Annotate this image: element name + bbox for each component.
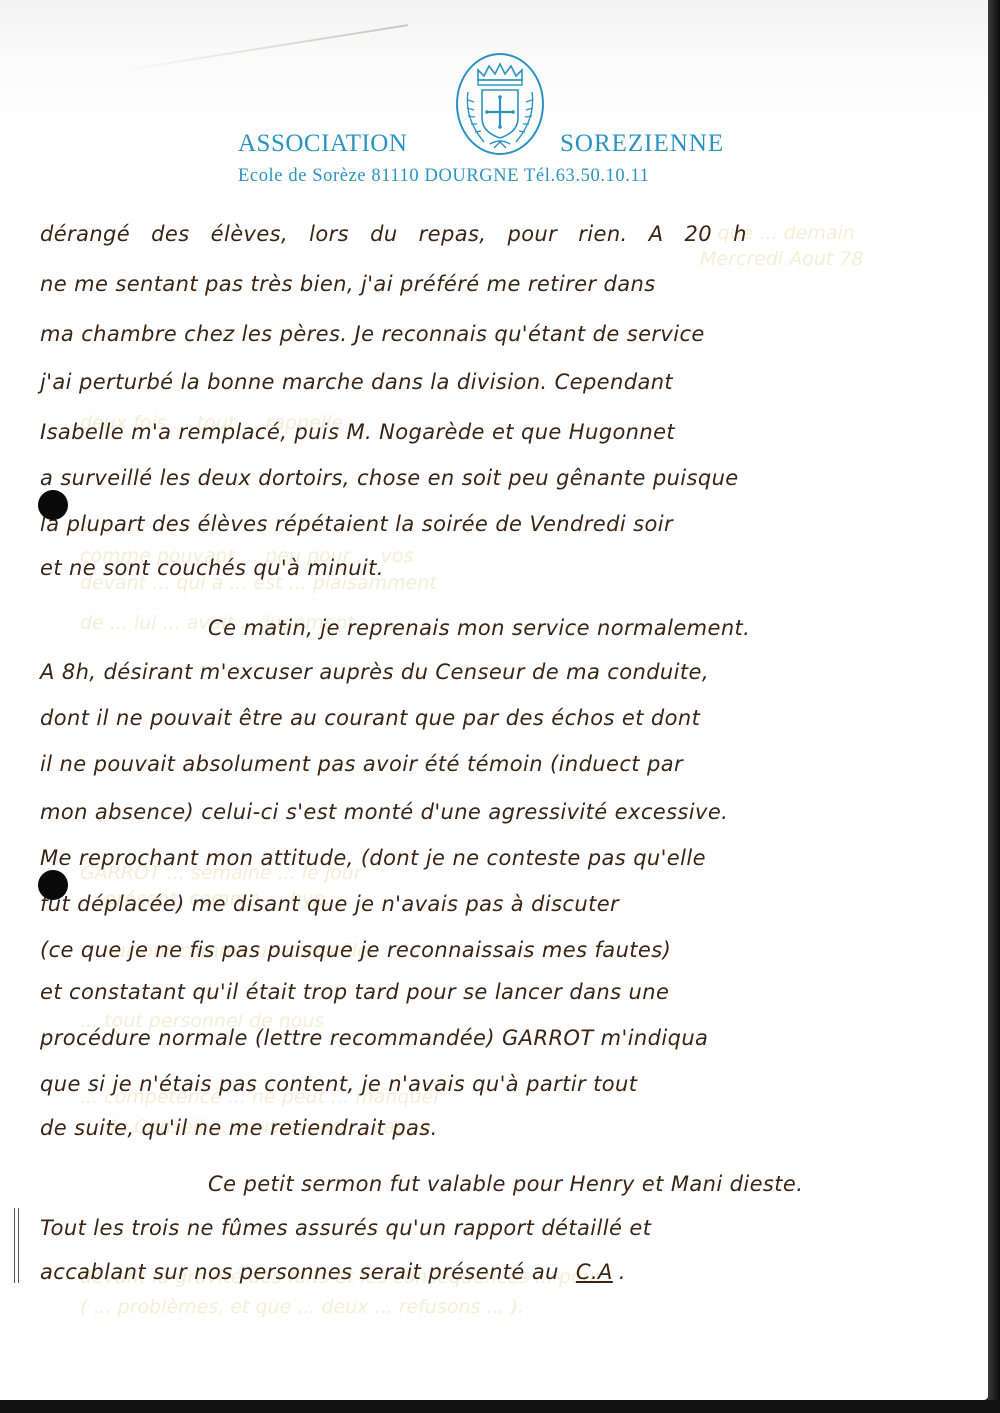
handwritten-line: Ce petit sermon fut valable pour Henry e…	[208, 1172, 803, 1196]
handwritten-line: Me reprochant mon attitude, (dont je ne …	[40, 846, 706, 870]
handwritten-line: que si je n'étais pas content, je n'avai…	[40, 1072, 637, 1096]
handwritten-line: j'ai perturbé la bonne marche dans la di…	[40, 370, 673, 394]
handwritten-line: et ne sont couchés qu'à minuit.	[40, 556, 384, 580]
handwritten-line: Tout les trois ne fûmes assurés qu'un ra…	[40, 1216, 651, 1240]
org-name-right: SOREZIENNE	[560, 130, 724, 158]
handwritten-line: mon absence) celui-ci s'est monté d'une …	[40, 800, 728, 824]
punch-hole	[38, 870, 68, 900]
letter-page: a que ... demain Mercredi Aout 78 deux f…	[0, 0, 988, 1400]
handwritten-line: ma chambre chez les pères. Je reconnais …	[40, 322, 705, 346]
scan-edge-bottom	[0, 1400, 1000, 1413]
handwritten-line: Ce matin, je reprenais mon service norma…	[208, 616, 750, 640]
closing-line-text: accablant sur nos personnes serait prése…	[40, 1260, 559, 1284]
org-address: Ecole de Sorèze 81110 DOURGNE Tél.63.50.…	[238, 166, 649, 187]
handwritten-line: fut déplacée) me disant que je n'avais p…	[40, 892, 619, 916]
handwritten-line: ne me sentant pas très bien, j'ai préfér…	[40, 272, 656, 296]
margin-double-line	[14, 1208, 19, 1283]
handwritten-line: a surveillé les deux dortoirs, chose en …	[40, 466, 739, 490]
handwritten-line: dont il ne pouvait être au courant que p…	[40, 706, 700, 730]
coat-of-arms-icon	[454, 52, 546, 156]
scan-edge-right	[988, 0, 1000, 1413]
handwritten-line: A 8h, désirant m'excuser auprès du Cense…	[40, 660, 709, 684]
bleed-through-text: Mercredi Aout 78	[700, 248, 864, 270]
handwritten-line: procédure normale (lettre recommandée) G…	[40, 1026, 708, 1050]
handwritten-line: il ne pouvait absolument pas avoir été t…	[40, 752, 683, 776]
handwritten-line: (ce que je ne fis pas puisque je reconna…	[40, 938, 671, 962]
handwritten-line: dérangé des élèves, lors du repas, pour …	[40, 222, 747, 246]
handwritten-line: la plupart des élèves répétaient la soir…	[40, 512, 673, 536]
handwritten-line: Isabelle m'a remplacé, puis M. Nogarède …	[40, 420, 675, 444]
handwritten-line: de suite, qu'il ne me retiendrait pas.	[40, 1116, 438, 1140]
handwritten-line: accablant sur nos personnes serait prése…	[40, 1260, 626, 1284]
punch-hole	[38, 490, 68, 520]
ca-abbreviation: C.A	[576, 1260, 613, 1284]
letterhead: ASSOCIATION SOREZIENNE Ecole de Sorèze 8…	[0, 0, 1000, 200]
closing-period: .	[619, 1260, 626, 1284]
org-name-left: ASSOCIATION	[238, 130, 407, 158]
handwritten-line: et constatant qu'il était trop tard pour…	[40, 980, 669, 1004]
bleed-through-text: ( ... problèmes, et que ... deux ... ref…	[80, 1296, 524, 1318]
